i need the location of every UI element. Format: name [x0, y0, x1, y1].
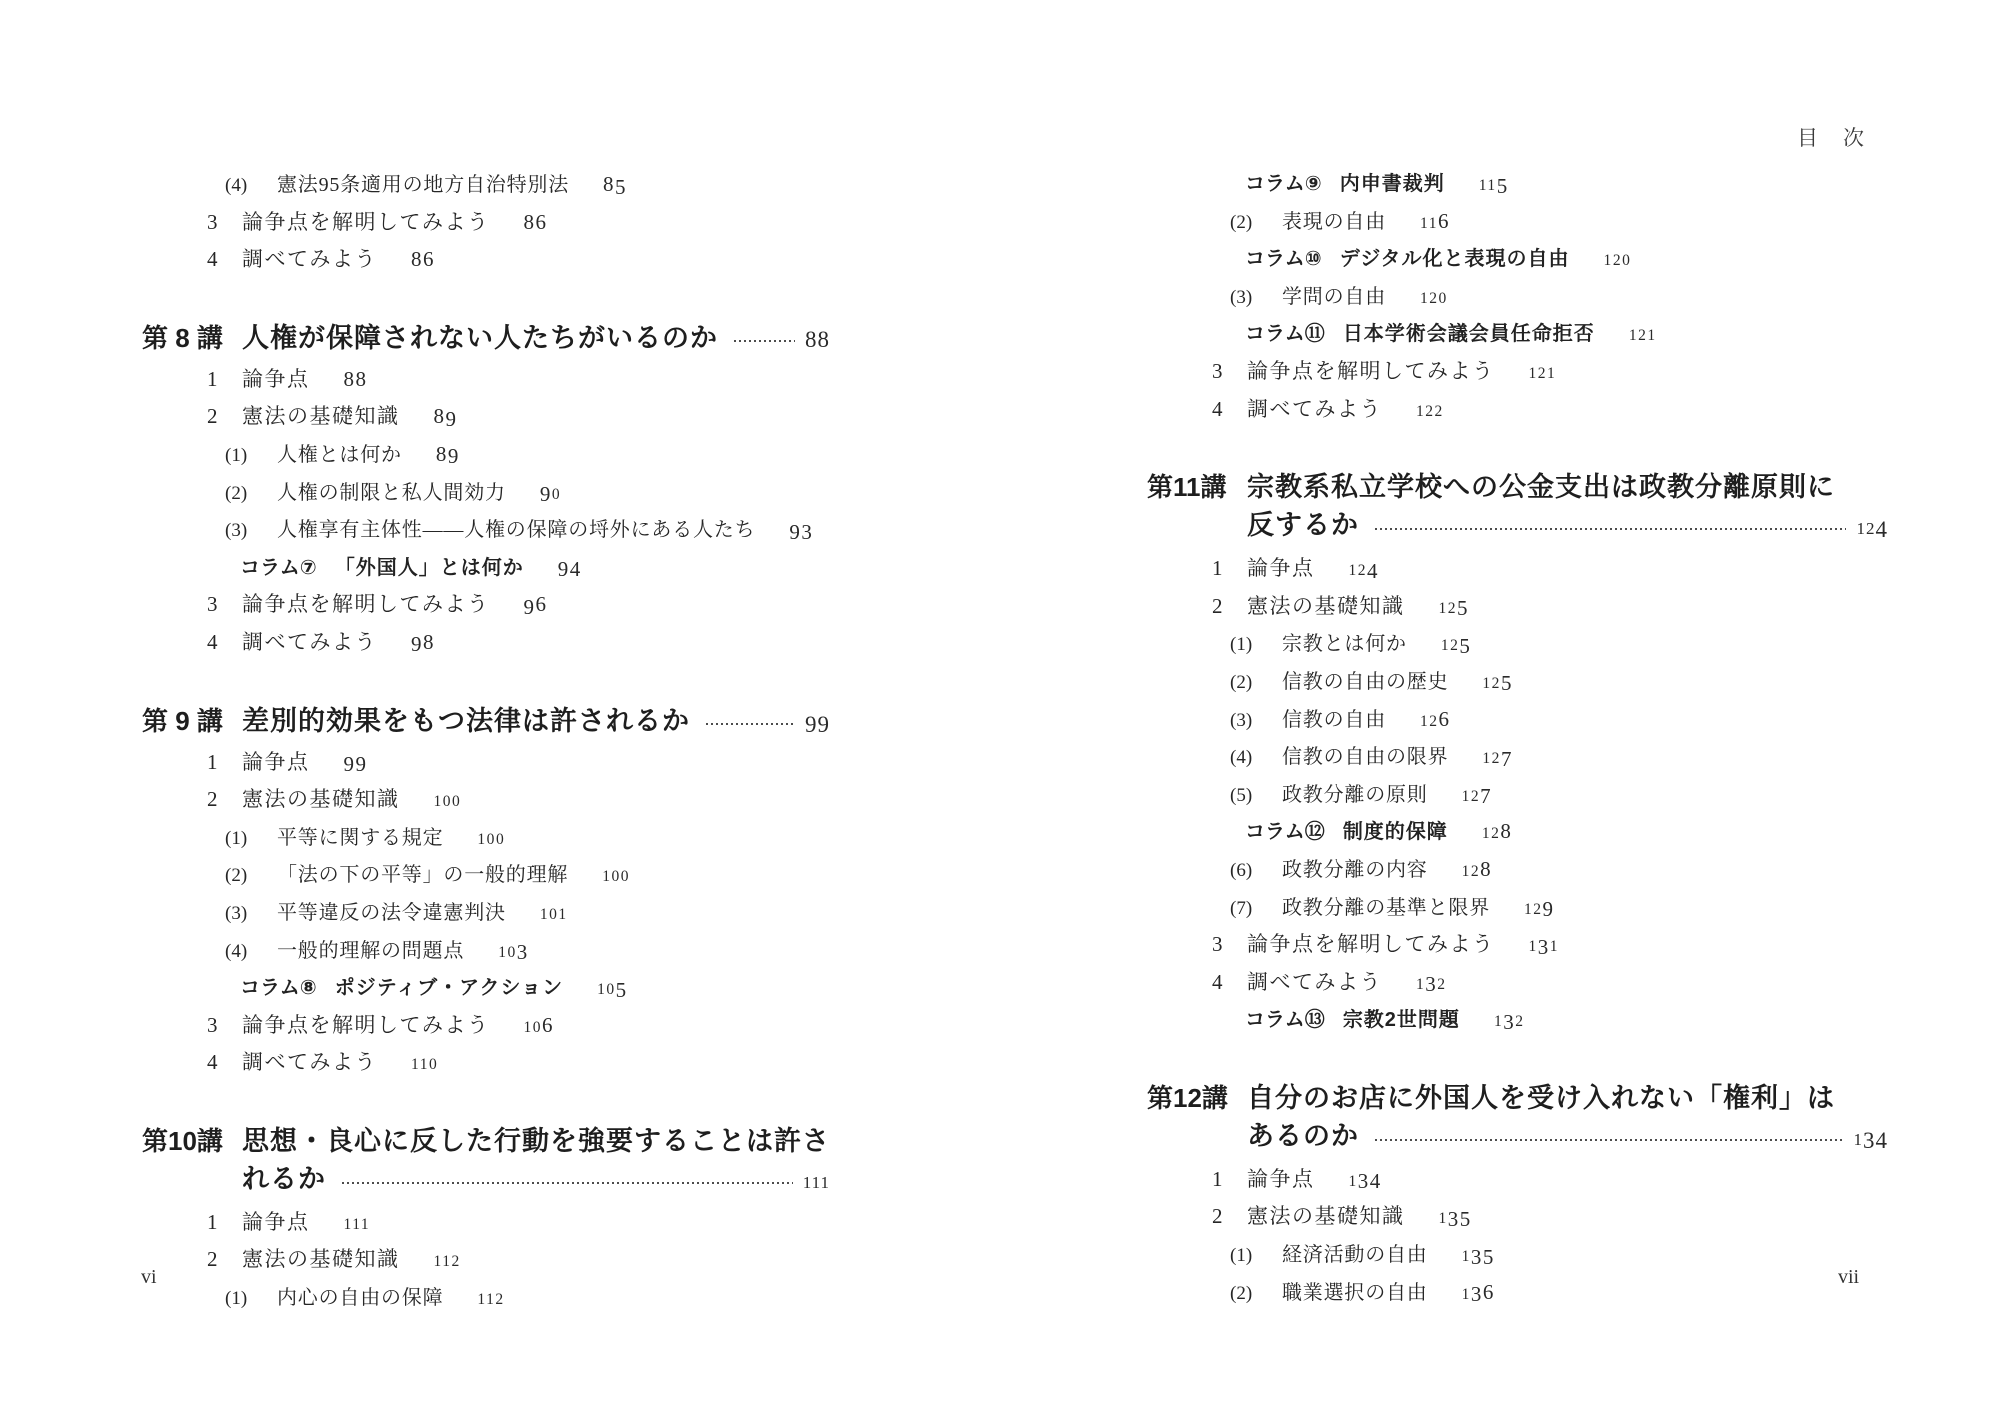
toc-entry: 1論争点99 [142, 745, 830, 783]
chapter-number: 第 8 講 [142, 319, 242, 359]
entry-page-number: 89 [434, 404, 458, 428]
toc-entry: (1)内心の自由の保障112 [142, 1280, 830, 1318]
chapter-title-text: れるか [242, 1160, 326, 1198]
chapter-page-number: 124 [1856, 508, 1888, 548]
chapter-title-block: 差別的効果をもつ法律は許されるか99 [242, 702, 830, 742]
entry-label: 憲法の基礎知識 [242, 404, 400, 428]
entry-page-number: 116 [1420, 209, 1450, 233]
entry-label: 論争点 [242, 750, 310, 774]
entry-page-number: 100 [434, 787, 462, 811]
chapter-heading: 第11講宗教系私立学校への公金支出は政教分離原則に反するか124 [1147, 468, 1888, 548]
entry-page-number: 86 [411, 247, 435, 271]
entry-label: 調べてみよう [242, 247, 377, 271]
entry-label: 政教分離の原則 [1282, 784, 1428, 806]
toc-entry: 1論争点134 [1147, 1162, 1888, 1200]
entry-label: 「法の下の平等」の一般的理解 [277, 864, 568, 886]
toc-section: 第10講思想・良心に反した行動を強要することは許されるか1111論争点1112憲… [142, 1122, 830, 1318]
entry-marker: 4 [1212, 965, 1247, 1000]
toc-entry: (3)学問の自由120 [1147, 279, 1888, 317]
chapter-number: 第10講 [142, 1122, 242, 1202]
entry-label: 論争点 [242, 1210, 310, 1234]
left-page-number: vi [141, 1266, 157, 1289]
entry-label: 「外国人」とは何か [335, 557, 524, 579]
toc-entry: 1論争点88 [142, 362, 830, 400]
right-page-number: vii [1838, 1266, 1859, 1289]
entry-page-number: 131 [1529, 932, 1560, 956]
entry-marker: (5) [1230, 779, 1282, 814]
toc-entry: (4)信教の自由の限界127 [1147, 739, 1888, 777]
toc-entry: コラム⑦「外国人」とは何か94 [142, 550, 830, 588]
chapter-page-number: 134 [1853, 1119, 1888, 1159]
entry-page-number: 121 [1629, 321, 1657, 345]
entry-marker: 3 [207, 587, 242, 622]
entry-label: 人権とは何か [277, 444, 402, 466]
toc-section: コラム⑨内申書裁判115(2)表現の自由116コラム⑩デジタル化と表現の自由12… [1147, 166, 1888, 429]
chapter-heading: 第12講自分のお店に外国人を受け入れない「権利」はあるのか134 [1147, 1079, 1888, 1159]
toc-entry: (1)経済活動の自由135 [1147, 1237, 1888, 1275]
toc-entry: 2憲法の基礎知識125 [1147, 589, 1888, 627]
toc-section: 第 9 講差別的効果をもつ法律は許されるか991論争点992憲法の基礎知識100… [142, 702, 830, 1083]
entry-page-number: 125 [1441, 631, 1472, 655]
chapter-title-line: 思想・良心に反した行動を強要することは許さ [242, 1122, 830, 1160]
entry-page-number: 115 [1479, 171, 1509, 195]
entry-label: 論争点 [1247, 1167, 1315, 1191]
toc-entry: (3)信教の自由126 [1147, 702, 1888, 740]
entry-page-number: 106 [524, 1013, 555, 1037]
entry-label: 平等違反の法令違憲判決 [277, 902, 506, 924]
entry-page-number: 99 [344, 750, 368, 774]
entry-label: 論争点を解明してみよう [242, 210, 490, 234]
entry-marker: (1) [225, 439, 277, 474]
entry-marker: 3 [1212, 927, 1247, 962]
entry-label: 経済活動の自由 [1282, 1244, 1428, 1266]
entry-label: 職業選択の自由 [1282, 1282, 1428, 1304]
toc-entry: (1)人権とは何か89 [142, 437, 830, 475]
entry-marker: 1 [1212, 1162, 1247, 1197]
chapter-heading-row: 第 8 講人権が保障されない人たちがいるのか88 [142, 319, 830, 359]
entry-marker: (3) [1230, 281, 1282, 316]
entry-page-number: 120 [1604, 246, 1632, 270]
toc-section: 第 8 講人権が保障されない人たちがいるのか881論争点882憲法の基礎知識89… [142, 319, 830, 663]
entry-label: 憲法95条適用の地方自治特別法 [277, 174, 569, 196]
book-spread: { "header": { "title": "目 次" }, "left_pa… [0, 0, 2000, 1416]
entry-marker: コラム⑦ [240, 557, 317, 579]
dotted-leader [1375, 528, 1846, 530]
entry-marker: コラム⑧ [240, 977, 317, 999]
entry-label: 政教分離の内容 [1282, 859, 1428, 881]
entry-label: 憲法の基礎知識 [1247, 1204, 1405, 1228]
chapter-page-number: 99 [805, 704, 830, 742]
entry-label: 平等に関する規定 [277, 827, 443, 849]
entry-label: 信教の自由の歴史 [1282, 671, 1448, 693]
entry-label: 調べてみよう [1247, 970, 1382, 994]
entry-page-number: 120 [1420, 284, 1448, 308]
chapter-heading: 第 9 講差別的効果をもつ法律は許されるか99 [142, 702, 830, 742]
toc-entry: (3)平等違反の法令違憲判決101 [142, 895, 830, 933]
chapter-title-line: 宗教系私立学校への公金支出は政教分離原則に [1247, 468, 1888, 506]
toc-entry: 2憲法の基礎知識100 [142, 782, 830, 820]
toc-section: 第11講宗教系私立学校への公金支出は政教分離原則に反するか1241論争点1242… [1147, 468, 1888, 1040]
toc-entry: (2)人権の制限と私人間効力90 [142, 475, 830, 513]
entry-page-number: 86 [524, 210, 548, 234]
toc-entry: (6)政教分離の内容128 [1147, 852, 1888, 890]
entry-label: 調べてみよう [242, 1050, 377, 1074]
entry-marker: 1 [1212, 551, 1247, 586]
entry-page-number: 125 [1482, 669, 1513, 693]
toc-entry: (4)一般的理解の問題点103 [142, 933, 830, 971]
entry-marker: 2 [207, 399, 242, 434]
entry-page-number: 112 [434, 1247, 461, 1271]
toc-section: 第12講自分のお店に外国人を受け入れない「権利」はあるのか1341論争点1342… [1147, 1079, 1888, 1312]
entry-label: 学問の自由 [1282, 286, 1386, 308]
entry-marker: 1 [207, 745, 242, 780]
entry-page-number: 88 [344, 367, 368, 391]
toc-entry: 2憲法の基礎知識112 [142, 1242, 830, 1280]
chapter-number: 第 9 講 [142, 702, 242, 742]
toc-entry: コラム⑨内申書裁判115 [1147, 166, 1888, 204]
entry-marker: (1) [1230, 628, 1282, 663]
entry-page-number: 121 [1529, 359, 1557, 383]
entry-label: デジタル化と表現の自由 [1340, 248, 1570, 270]
entry-label: 宗教とは何か [1282, 633, 1407, 655]
entry-marker: 4 [207, 625, 242, 660]
entry-page-number: 135 [1462, 1242, 1495, 1266]
entry-page-number: 127 [1482, 744, 1513, 768]
entry-marker: 2 [207, 1242, 242, 1277]
chapter-title-line: 人権が保障されない人たちがいるのか88 [242, 319, 830, 359]
chapter-title-line: 差別的効果をもつ法律は許されるか99 [242, 702, 830, 742]
entry-marker: (3) [225, 897, 277, 932]
toc-entry: 3論争点を解明してみよう106 [142, 1008, 830, 1046]
toc-entry: コラム⑬宗教2世問題132 [1147, 1002, 1888, 1040]
toc-entry: 4調べてみよう98 [142, 625, 830, 663]
entry-marker: (1) [225, 1282, 277, 1317]
dotted-leader [1375, 1139, 1843, 1141]
entry-marker: (3) [1230, 704, 1282, 739]
entry-label: 論争点を解明してみよう [1247, 932, 1495, 956]
chapter-title-text: 人権が保障されない人たちがいるのか [242, 319, 718, 357]
entry-label: 表現の自由 [1282, 211, 1386, 233]
entry-label: 日本学術会議会員任命拒否 [1343, 323, 1595, 345]
entry-label: 信教の自由の限界 [1282, 746, 1448, 768]
chapter-page-number: 88 [805, 321, 830, 359]
toc-entry: (1)宗教とは何か125 [1147, 626, 1888, 664]
entry-page-number: 101 [540, 900, 568, 924]
entry-label: ポジティブ・アクション [335, 977, 563, 999]
toc-entry: コラム⑩デジタル化と表現の自由120 [1147, 241, 1888, 279]
entry-marker: (2) [1230, 666, 1282, 701]
dotted-leader [734, 340, 795, 342]
entry-page-number: 89 [436, 442, 460, 466]
chapter-title-line: 自分のお店に外国人を受け入れない「権利」は [1247, 1079, 1888, 1117]
entry-label: 論争点を解明してみよう [1247, 359, 1495, 383]
entry-label: 信教の自由 [1282, 709, 1386, 731]
toc-entry: (2)表現の自由116 [1147, 204, 1888, 242]
right-toc: コラム⑨内申書裁判115(2)表現の自由116コラム⑩デジタル化と表現の自由12… [1147, 0, 1888, 1312]
entry-marker: 1 [207, 362, 242, 397]
entry-page-number: 125 [1439, 594, 1470, 618]
entry-marker: (2) [1230, 206, 1282, 241]
chapter-heading: 第10講思想・良心に反した行動を強要することは許されるか111 [142, 1122, 830, 1202]
entry-marker: 1 [207, 1205, 242, 1240]
toc-entry: コラム⑧ポジティブ・アクション105 [142, 970, 830, 1008]
entry-label: 内申書裁判 [1340, 173, 1445, 195]
chapter-title-text: 宗教系私立学校への公金支出は政教分離原則に [1247, 472, 1835, 502]
entry-page-number: 132 [1494, 1007, 1525, 1031]
entry-label: 人権享有主体性——人権の保障の埒外にある人たち [277, 519, 755, 541]
toc-entry: 2憲法の基礎知識135 [1147, 1199, 1888, 1237]
entry-page-number: 128 [1482, 819, 1513, 843]
entry-page-number: 105 [597, 975, 628, 999]
entry-page-number: 110 [411, 1050, 438, 1074]
entry-marker: (4) [1230, 741, 1282, 776]
entry-page-number: 103 [498, 938, 529, 962]
entry-page-number: 112 [477, 1285, 504, 1309]
entry-page-number: 100 [602, 862, 630, 886]
entry-page-number: 94 [558, 555, 582, 579]
entry-label: 論争点 [1247, 556, 1315, 580]
chapter-title-text: 自分のお店に外国人を受け入れない「権利」は [1247, 1083, 1835, 1113]
entry-marker: (4) [225, 169, 277, 204]
entry-marker: コラム⑪ [1245, 323, 1325, 345]
entry-marker: 4 [207, 1045, 242, 1080]
toc-entry: (2)信教の自由の歴史125 [1147, 664, 1888, 702]
entry-label: 憲法の基礎知識 [242, 1247, 400, 1271]
entry-label: 憲法の基礎知識 [242, 787, 400, 811]
entry-label: 調べてみよう [242, 630, 377, 654]
entry-page-number: 129 [1524, 895, 1555, 919]
entry-marker: コラム⑩ [1245, 248, 1322, 270]
entry-marker: (2) [225, 859, 277, 894]
entry-label: 内心の自由の保障 [277, 1287, 443, 1309]
entry-label: 論争点を解明してみよう [242, 1013, 490, 1037]
toc-entry: (3)人権享有主体性——人権の保障の埒外にある人たち93 [142, 512, 830, 550]
entry-page-number: 134 [1349, 1167, 1382, 1191]
chapter-heading-row: 第 9 講差別的効果をもつ法律は許されるか99 [142, 702, 830, 742]
dotted-leader [706, 723, 795, 725]
entry-page-number: 136 [1462, 1280, 1495, 1304]
chapter-heading-row: 第10講思想・良心に反した行動を強要することは許されるか111 [142, 1122, 830, 1202]
entry-page-number: 85 [603, 172, 627, 196]
entry-page-number: 135 [1439, 1204, 1472, 1228]
entry-label: 論争点 [242, 367, 310, 391]
entry-label: 論争点を解明してみよう [242, 592, 490, 616]
entry-marker: 2 [1212, 589, 1247, 624]
entry-page-number: 122 [1416, 397, 1444, 421]
entry-marker: 4 [1212, 392, 1247, 427]
toc-entry: 1論争点111 [142, 1205, 830, 1243]
chapter-title-block: 人権が保障されない人たちがいるのか88 [242, 319, 830, 359]
toc-entry: (2)「法の下の平等」の一般的理解100 [142, 857, 830, 895]
entry-page-number: 93 [789, 517, 813, 541]
entry-page-number: 127 [1462, 782, 1493, 806]
toc-entry: 3論争点を解明してみよう131 [1147, 927, 1888, 965]
entry-marker: (3) [225, 514, 277, 549]
toc-section: (4)憲法95条適用の地方自治特別法853論争点を解明してみよう864調べてみよ… [142, 167, 830, 280]
chapter-title-line: れるか111 [242, 1160, 830, 1202]
entry-marker: コラム⑨ [1245, 173, 1322, 195]
chapter-number: 第12講 [1147, 1079, 1247, 1159]
entry-marker: (1) [1230, 1239, 1282, 1274]
toc-entry: (1)平等に関する規定100 [142, 820, 830, 858]
entry-page-number: 90 [540, 480, 561, 504]
entry-page-number: 96 [524, 592, 548, 616]
entry-marker: 3 [1212, 354, 1247, 389]
toc-entry: コラム⑪日本学術会議会員任命拒否121 [1147, 316, 1888, 354]
toc-entry: 3論争点を解明してみよう86 [142, 205, 830, 243]
chapter-title-text: 反するか [1247, 506, 1359, 544]
chapter-title-text: 思想・良心に反した行動を強要することは許さ [242, 1126, 830, 1156]
toc-entry: 2憲法の基礎知識89 [142, 399, 830, 437]
chapter-number: 第11講 [1147, 468, 1247, 548]
toc-entry: (2)職業選択の自由136 [1147, 1275, 1888, 1313]
entry-page-number: 100 [477, 825, 505, 849]
entry-marker: 2 [207, 782, 242, 817]
entry-marker: コラム⑫ [1245, 821, 1325, 843]
chapter-heading-row: 第11講宗教系私立学校への公金支出は政教分離原則に反するか124 [1147, 468, 1888, 548]
left-toc: (4)憲法95条適用の地方自治特別法853論争点を解明してみよう864調べてみよ… [142, 0, 830, 1318]
chapter-page-number: 111 [803, 1162, 830, 1202]
entry-page-number: 126 [1420, 707, 1451, 731]
entry-page-number: 124 [1349, 556, 1380, 580]
entry-marker: (2) [225, 477, 277, 512]
toc-entry: (4)憲法95条適用の地方自治特別法85 [142, 167, 830, 205]
toc-entry: コラム⑫制度的保障128 [1147, 814, 1888, 852]
entry-marker: 3 [207, 205, 242, 240]
entry-marker: (7) [1230, 892, 1282, 927]
entry-label: 宗教2世問題 [1343, 1009, 1460, 1031]
toc-entry: 4調べてみよう86 [142, 242, 830, 280]
chapter-title-block: 自分のお店に外国人を受け入れない「権利」はあるのか134 [1247, 1079, 1888, 1159]
entry-marker: 2 [1212, 1199, 1247, 1234]
toc-entry: 1論争点124 [1147, 551, 1888, 589]
toc-entry: 4調べてみよう122 [1147, 392, 1888, 430]
toc-entry: 4調べてみよう132 [1147, 965, 1888, 1003]
chapter-title-block: 思想・良心に反した行動を強要することは許されるか111 [242, 1122, 830, 1202]
entry-label: 調べてみよう [1247, 397, 1382, 421]
toc-entry: (5)政教分離の原則127 [1147, 777, 1888, 815]
entry-page-number: 98 [411, 630, 435, 654]
chapter-title-block: 宗教系私立学校への公金支出は政教分離原則に反するか124 [1247, 468, 1888, 548]
entry-label: 一般的理解の問題点 [277, 940, 464, 962]
toc-entry: 3論争点を解明してみよう121 [1147, 354, 1888, 392]
entry-marker: (1) [225, 822, 277, 857]
chapter-heading-row: 第12講自分のお店に外国人を受け入れない「権利」はあるのか134 [1147, 1079, 1888, 1159]
entry-label: 憲法の基礎知識 [1247, 594, 1405, 618]
chapter-heading: 第 8 講人権が保障されない人たちがいるのか88 [142, 319, 830, 359]
entry-marker: (4) [225, 935, 277, 970]
entry-page-number: 132 [1416, 970, 1447, 994]
entry-label: 政教分離の基準と限界 [1282, 897, 1490, 919]
chapter-title-line: 反するか124 [1247, 506, 1888, 548]
entry-label: 人権の制限と私人間効力 [277, 482, 506, 504]
entry-marker: (6) [1230, 854, 1282, 889]
entry-marker: コラム⑬ [1245, 1009, 1325, 1031]
entry-marker: 4 [207, 242, 242, 277]
toc-entry: 3論争点を解明してみよう96 [142, 587, 830, 625]
entry-label: 制度的保障 [1343, 821, 1448, 843]
entry-marker: (2) [1230, 1277, 1282, 1312]
toc-entry: (7)政教分離の基準と限界129 [1147, 890, 1888, 928]
toc-entry: 4調べてみよう110 [142, 1045, 830, 1083]
chapter-title-text: あるのか [1247, 1117, 1359, 1155]
entry-page-number: 111 [344, 1210, 371, 1234]
entry-marker: 3 [207, 1008, 242, 1043]
entry-page-number: 128 [1462, 857, 1493, 881]
dotted-leader [342, 1182, 793, 1184]
chapter-title-text: 差別的効果をもつ法律は許されるか [242, 702, 690, 740]
chapter-title-line: あるのか134 [1247, 1117, 1888, 1159]
